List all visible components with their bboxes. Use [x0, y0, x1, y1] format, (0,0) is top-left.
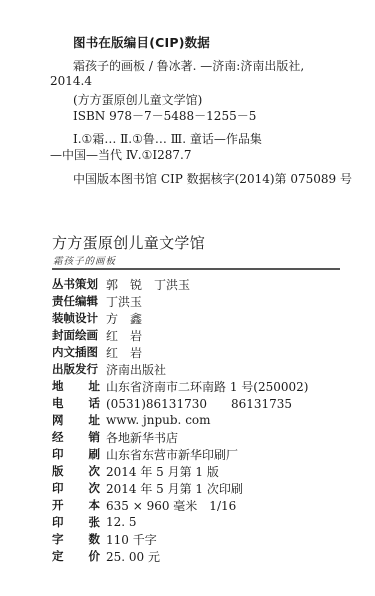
- series-title: 方方蛋原创儿童文学馆: [52, 232, 205, 253]
- colophon-row-address: 地址山东省济南市二环南路 1 号(250002): [52, 378, 308, 394]
- row-label-a: 开: [52, 497, 64, 513]
- colophon-row-phone: 电话(0531)86131730 86131735: [52, 395, 292, 411]
- cip-record-number: 中国版本图书馆 CIP 数据核字(2014)第 075089 号: [73, 170, 352, 187]
- cip-isbn-line: ISBN 978－7－5488－1255－5: [73, 107, 256, 124]
- row-label: 内文插图: [52, 344, 98, 360]
- row-label: 封面绘画: [52, 327, 98, 343]
- colophon-row-publisher: 出版发行济南出版社: [52, 361, 166, 377]
- colophon-row-cover-art: 封面绘画红 岩: [52, 327, 142, 343]
- row-value: 山东省济南市二环南路 1 号(250002): [106, 378, 308, 395]
- row-value: 2014 年 5 月第 1 版: [106, 463, 219, 480]
- colophon-row-illustrations: 内文插图红 岩: [52, 344, 142, 360]
- divider-rule: [52, 268, 340, 270]
- row-label-a: 印: [52, 446, 64, 462]
- row-label-a: 地: [52, 378, 64, 394]
- row-label-b: 次: [89, 463, 101, 479]
- row-label-a: 版: [52, 463, 64, 479]
- row-label-a: 经: [52, 429, 64, 445]
- row-label-a: 电: [52, 395, 64, 411]
- row-label: 责任编辑: [52, 293, 98, 309]
- row-value: 红 岩: [106, 344, 142, 361]
- row-value: 丁洪玉: [106, 293, 142, 310]
- row-value: www. jnpub. com: [106, 413, 211, 427]
- row-label-b: 数: [89, 531, 101, 547]
- colophon-row-website: 网址www. jnpub. com: [52, 412, 211, 428]
- row-value: 方 鑫: [106, 310, 142, 327]
- row-label-b: 本: [89, 497, 101, 513]
- cip-classification-line: —中国—当代 Ⅳ.①I287.7: [50, 146, 191, 163]
- colophon-row-series-planner: 丛书策划郭 锐 丁洪玉: [52, 276, 190, 292]
- row-label-a: 字: [52, 531, 64, 547]
- row-label-a: 印: [52, 480, 64, 496]
- row-label-b: 址: [89, 412, 101, 428]
- row-label-b: 次: [89, 480, 101, 496]
- row-label-a: 印: [52, 514, 64, 530]
- row-value: 山东省东营市新华印刷厂: [106, 446, 238, 463]
- row-label-a: 网: [52, 412, 64, 428]
- cip-heading: 图书在版编目(CIP)数据: [73, 33, 210, 51]
- row-label-b: 刷: [89, 446, 101, 462]
- colophon-row-distribution: 经销各地新华书店: [52, 429, 178, 445]
- row-value: 12. 5: [106, 515, 137, 529]
- cip-series-line: (方方蛋原创儿童文学馆): [73, 91, 202, 108]
- row-value: 济南出版社: [106, 361, 166, 378]
- colophon-row-editor: 责任编辑丁洪玉: [52, 293, 142, 309]
- row-value: 25. 00 元: [106, 548, 160, 565]
- colophon-row-printing: 印次2014 年 5 月第 1 次印刷: [52, 480, 243, 496]
- row-label-b: 价: [89, 548, 101, 564]
- colophon-row-price: 定价25. 00 元: [52, 548, 160, 564]
- cip-title-author-line: 霜孩子的画板 / 鲁冰著. —济南:济南出版社,: [73, 57, 304, 74]
- row-value: 635 × 960 毫米 1/16: [106, 497, 236, 514]
- row-value: 郭 锐 丁洪玉: [106, 276, 190, 293]
- row-label: 丛书策划: [52, 276, 98, 292]
- row-label-b: 张: [89, 514, 101, 530]
- row-label: 装帧设计: [52, 310, 98, 326]
- row-label-a: 定: [52, 548, 64, 564]
- row-value: 红 岩: [106, 327, 142, 344]
- colophon-row-edition: 版次2014 年 5 月第 1 版: [52, 463, 219, 479]
- cip-subject-line: Ⅰ.①霜… Ⅱ.①鲁… Ⅲ. 童话—作品集: [73, 130, 262, 147]
- row-label-b: 销: [89, 429, 101, 445]
- colophon-row-word-count: 字数110 千字: [52, 531, 157, 547]
- colophon-row-printer: 印刷山东省东营市新华印刷厂: [52, 446, 238, 462]
- row-label-b: 话: [89, 395, 101, 411]
- row-label: 出版发行: [52, 361, 98, 377]
- colophon-row-format: 开本635 × 960 毫米 1/16: [52, 497, 236, 513]
- row-label-b: 址: [89, 378, 101, 394]
- colophon-row-sheets: 印张12. 5: [52, 514, 137, 530]
- row-value: 2014 年 5 月第 1 次印刷: [106, 480, 243, 497]
- row-value: 各地新华书店: [106, 429, 178, 446]
- book-subtitle: 霜孩子的画板: [53, 253, 116, 267]
- row-value: 110 千字: [106, 531, 157, 548]
- row-value: (0531)86131730 86131735: [106, 395, 292, 412]
- cip-date-line: 2014.4: [50, 74, 92, 88]
- colophon-row-design: 装帧设计方 鑫: [52, 310, 142, 326]
